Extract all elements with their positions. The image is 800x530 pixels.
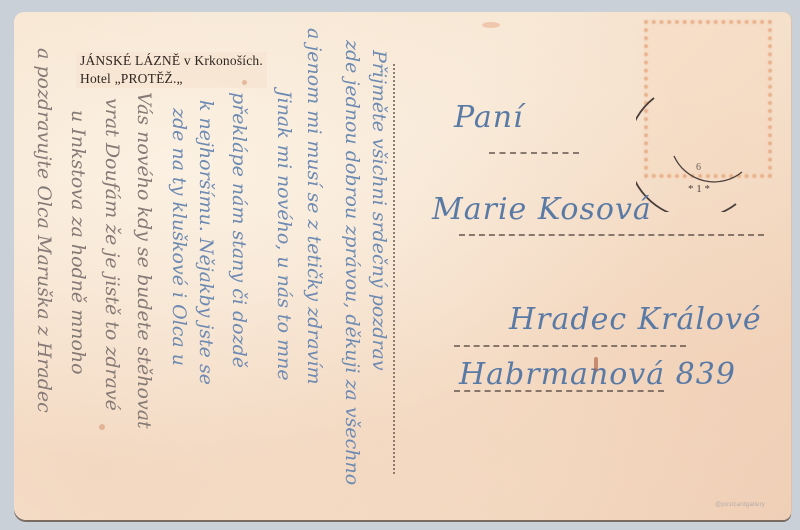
stain (594, 357, 598, 371)
message-line: překlápe nám stany či dozdě (227, 92, 251, 368)
address-salutation: Paní (454, 100, 524, 135)
postmark-stars: * 1 * (688, 183, 710, 195)
message-line: zde na ty kluškové i Olca u (167, 108, 191, 366)
address-line (459, 234, 764, 236)
postmark-icon: 6 * 1 * (636, 92, 776, 212)
header-hotel: Hotel „PROTĚŽ.„ (80, 70, 263, 88)
printed-header: JÁNSKÉ LÁZNĚ v Krkonoších. Hotel „PROTĚŽ… (76, 52, 267, 88)
address-name: Marie Kosová (432, 192, 652, 227)
postmark-number: 6 (696, 162, 701, 173)
message-line: u Inkstova za hodně mnoho (66, 110, 90, 375)
message-line: Jinak mi nového, u nás to mne (272, 90, 296, 381)
center-divider (393, 64, 395, 474)
address-line (454, 345, 686, 347)
message-line: a pozdravujte Olca Maruška z Hradec (32, 48, 56, 413)
address-line (454, 390, 664, 392)
message-line: k nejhoršímu. Nějakby jste se (194, 100, 218, 385)
message-line: Přijměte všichni srdečný pozdrav (367, 50, 391, 371)
stain (482, 22, 500, 28)
header-location: JÁNSKÉ LÁZNĚ v Krkonoších. (80, 52, 263, 70)
message-line: vrat Doufám že je jistě to zdravé (100, 98, 124, 411)
handwritten-message: Přijměte všichni srdečný pozdrav zde jed… (22, 20, 392, 515)
message-line: a jenom mi musí se z tetičky zdravím (302, 28, 326, 385)
address-line (489, 152, 579, 154)
stain (242, 80, 247, 85)
message-line: zde jednou dobrou zprávou, děkuji za vše… (340, 40, 364, 485)
postcard: Přijměte všichni srdečný pozdrav zde jed… (14, 12, 791, 520)
address-city: Hradec Králové (509, 302, 762, 337)
stain (99, 424, 105, 430)
message-line: Vás nového kdy se budete stěhovat (132, 92, 156, 429)
watermark: @postcardgallery (715, 502, 765, 508)
